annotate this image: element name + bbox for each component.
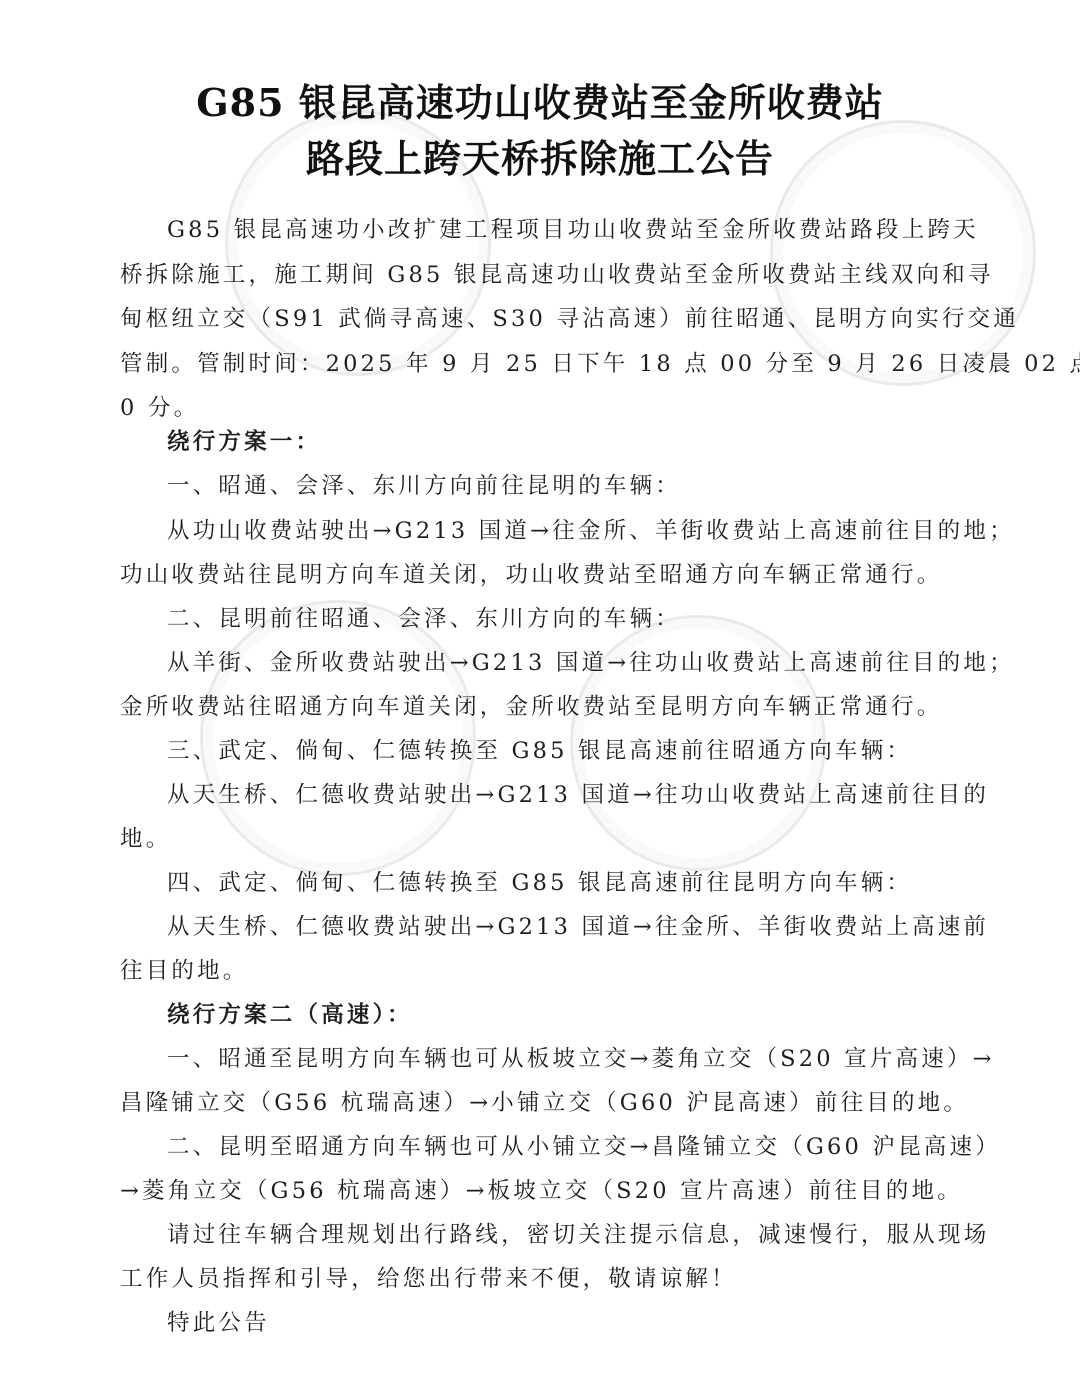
closing-line: 请过往车辆合理规划出行路线，密切关注提示信息，减速慢行，服从现场 xyxy=(167,1220,1027,1250)
intro-paragraph-line: 管制。管制时间：2025 年 9 月 25 日下午 18 点 00 分至 9 月… xyxy=(120,349,980,379)
intro-paragraph-line: 甸枢纽立交（S91 武倘寻高速、S30 寻沾高速）前往昭通、昆明方向实行交通 xyxy=(120,304,980,334)
plan-one-line: 从羊街、金所收费站驶出→G213 国道→往功山收费站上高速前往目的地； xyxy=(167,648,1027,678)
plan-two-line: 一、昭通至昆明方向车辆也可从板坡立交→菱角立交（S20 宣片高速）→ xyxy=(167,1044,1027,1074)
plan-one-line: 一、昭通、会泽、东川方向前往昆明的车辆： xyxy=(167,471,1027,501)
plan-one-heading: 绕行方案一： xyxy=(167,427,1027,457)
intro-paragraph-line: 桥拆除施工，施工期间 G85 银昆高速功山收费站至金所收费站主线双向和寻 xyxy=(120,260,980,290)
plan-two-line: 昌隆铺立交（G56 杭瑞高速）→小铺立交（G60 沪昆高速）前往目的地。 xyxy=(120,1088,980,1118)
sign-off: 特此公告 xyxy=(167,1308,1027,1338)
document-title-line-2: 路段上跨天桥拆除施工公告 xyxy=(0,128,1080,183)
closing-line: 工作人员指挥和引导，给您出行带来不便，敬请谅解！ xyxy=(120,1264,980,1294)
plan-two-heading: 绕行方案二（高速）： xyxy=(167,1000,1027,1030)
notice-page: G85 银昆高速功山收费站至金所收费站 路段上跨天桥拆除施工公告 G85 银昆高… xyxy=(0,0,1080,1374)
plan-one-line: 从天生桥、仁德收费站驶出→G213 国道→往功山收费站上高速前往目的 xyxy=(167,780,1027,810)
plan-one-line: 往目的地。 xyxy=(120,956,980,986)
intro-paragraph-line: 0 分。 xyxy=(120,393,980,423)
plan-one-line: 三、武定、倘甸、仁德转换至 G85 银昆高速前往昭通方向车辆： xyxy=(167,736,1027,766)
plan-one-line: 从功山收费站驶出→G213 国道→往金所、羊街收费站上高速前往目的地； xyxy=(167,516,1027,546)
plan-one-line: 四、武定、倘甸、仁德转换至 G85 银昆高速前往昆明方向车辆： xyxy=(167,868,1027,898)
plan-one-line: 功山收费站往昆明方向车道关闭，功山收费站至昭通方向车辆正常通行。 xyxy=(120,560,980,590)
plan-two-line: →菱角立交（G56 杭瑞高速）→板坡立交（S20 宣片高速）前往目的地。 xyxy=(120,1176,980,1206)
plan-one-line: 从天生桥、仁德收费站驶出→G213 国道→往金所、羊街收费站上高速前 xyxy=(167,912,1027,942)
plan-one-line: 二、昆明前往昭通、会泽、东川方向的车辆： xyxy=(167,604,1027,634)
plan-one-line: 地。 xyxy=(120,824,980,854)
intro-paragraph-line: G85 银昆高速功小改扩建工程项目功山收费站至金所收费站路段上跨天 xyxy=(167,215,1027,245)
plan-two-line: 二、昆明至昭通方向车辆也可从小铺立交→昌隆铺立交（G60 沪昆高速） xyxy=(167,1132,1027,1162)
document-title-line-1: G85 银昆高速功山收费站至金所收费站 xyxy=(0,72,1080,127)
plan-one-line: 金所收费站往昭通方向车道关闭，金所收费站至昆明方向车辆正常通行。 xyxy=(120,692,980,722)
